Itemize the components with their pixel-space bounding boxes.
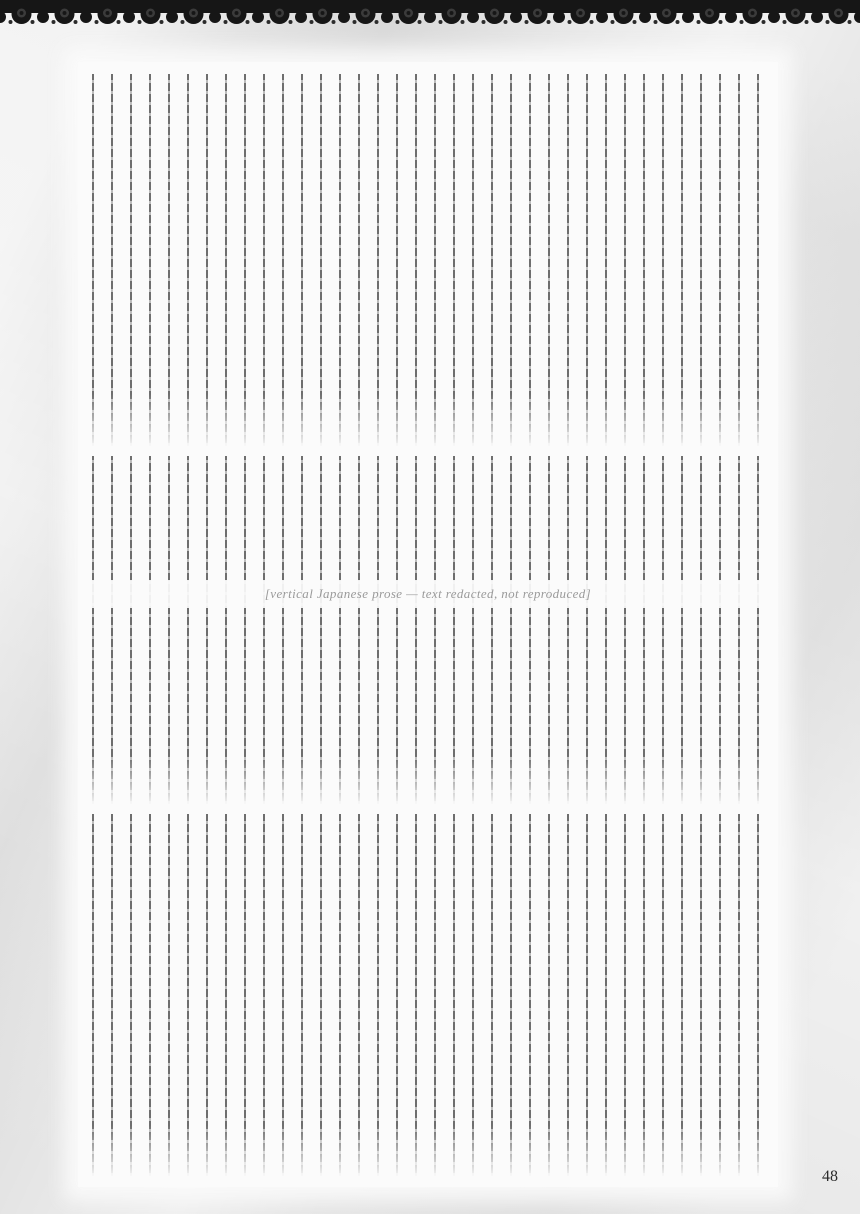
redaction-note: [vertical Japanese prose — text redacted… — [78, 580, 778, 608]
lace-border-ornament — [0, 0, 860, 30]
vertical-text-block-middle — [92, 456, 764, 804]
scanned-book-page: [vertical Japanese prose — text redacted… — [0, 0, 860, 1214]
vertical-text-block-bottom — [92, 814, 764, 1176]
page-number: 48 — [822, 1168, 838, 1186]
vertical-text-block-top — [92, 74, 764, 446]
text-area: [vertical Japanese prose — text redacted… — [78, 62, 778, 1187]
